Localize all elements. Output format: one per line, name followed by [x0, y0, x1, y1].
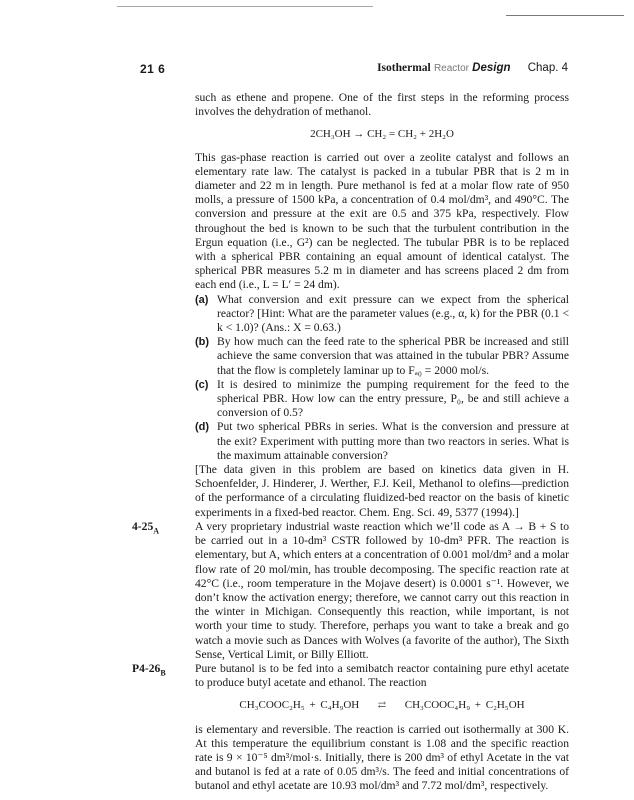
top-rule-1: [117, 6, 373, 7]
question-text: What conversion and exit pressure can we…: [217, 293, 569, 334]
problem-intro: Pure butanol is to be fed into a semibat…: [195, 662, 569, 690]
page-body: such as ethene and propene. One of the f…: [195, 91, 569, 794]
question-d: (d) Put two spherical PBRs in series. Wh…: [195, 420, 569, 463]
question-text: By how much can the feed rate to the sph…: [217, 335, 569, 376]
question-text: It is desired to minimize the pumping re…: [217, 378, 569, 419]
problem-number: 4-25A: [132, 520, 159, 539]
question-label: (a): [195, 293, 208, 307]
equilibrium-arrow-icon: ⇄: [364, 699, 400, 713]
problem-4-26: P4-26B Pure butanol is to be fed into a …: [195, 662, 569, 794]
running-title-part1: Isothermal: [377, 62, 431, 74]
problem-number: P4-26B: [132, 662, 166, 681]
running-title-part3: Design: [472, 62, 510, 74]
question-label: (b): [195, 335, 209, 349]
question-c: (c) It is desired to minimize the pumpin…: [195, 378, 569, 421]
question-text: Put two spherical PBRs in series. What i…: [217, 420, 569, 461]
problem-text: A very proprietary industrial waste reac…: [195, 520, 569, 662]
top-rule-2: [506, 15, 624, 16]
question-a: (a) What conversion and exit pressure ca…: [195, 293, 569, 336]
equation-right: CH₃COOC₄H₉ + C₂H₅OH: [405, 699, 525, 711]
equation-methanol-dehydration: 2CH₃OH → CH₂ = CH₂ + 2H₂O: [195, 127, 569, 141]
problem-description: This gas-phase reaction is carried out o…: [195, 151, 569, 293]
page-header: 21 6 Isothermal Reactor Design Chap. 4: [140, 62, 568, 80]
citation: [The data given in this problem are base…: [195, 463, 569, 520]
equation-left: CH₃COOC₂H₅ + C₄H₉OH: [239, 699, 359, 711]
problem-details: is elementary and reversible. The reacti…: [195, 723, 569, 794]
page-number: 21 6: [140, 62, 165, 76]
running-title: Isothermal Reactor Design Chap. 4: [377, 62, 568, 74]
problem-4-25: 4-25A A very proprietary industrial wast…: [195, 520, 569, 662]
equation-esterification: CH₃COOC₂H₅ + C₄H₉OH ⇄ CH₃COOC₄H₉ + C₂H₅O…: [195, 698, 569, 713]
running-title-part2: Reactor: [434, 63, 469, 74]
question-label: (d): [195, 420, 209, 434]
chapter-label: Chap. 4: [528, 62, 568, 74]
question-b: (b) By how much can the feed rate to the…: [195, 335, 569, 378]
question-label: (c): [195, 378, 208, 392]
intro-paragraph: such as ethene and propene. One of the f…: [195, 91, 569, 119]
